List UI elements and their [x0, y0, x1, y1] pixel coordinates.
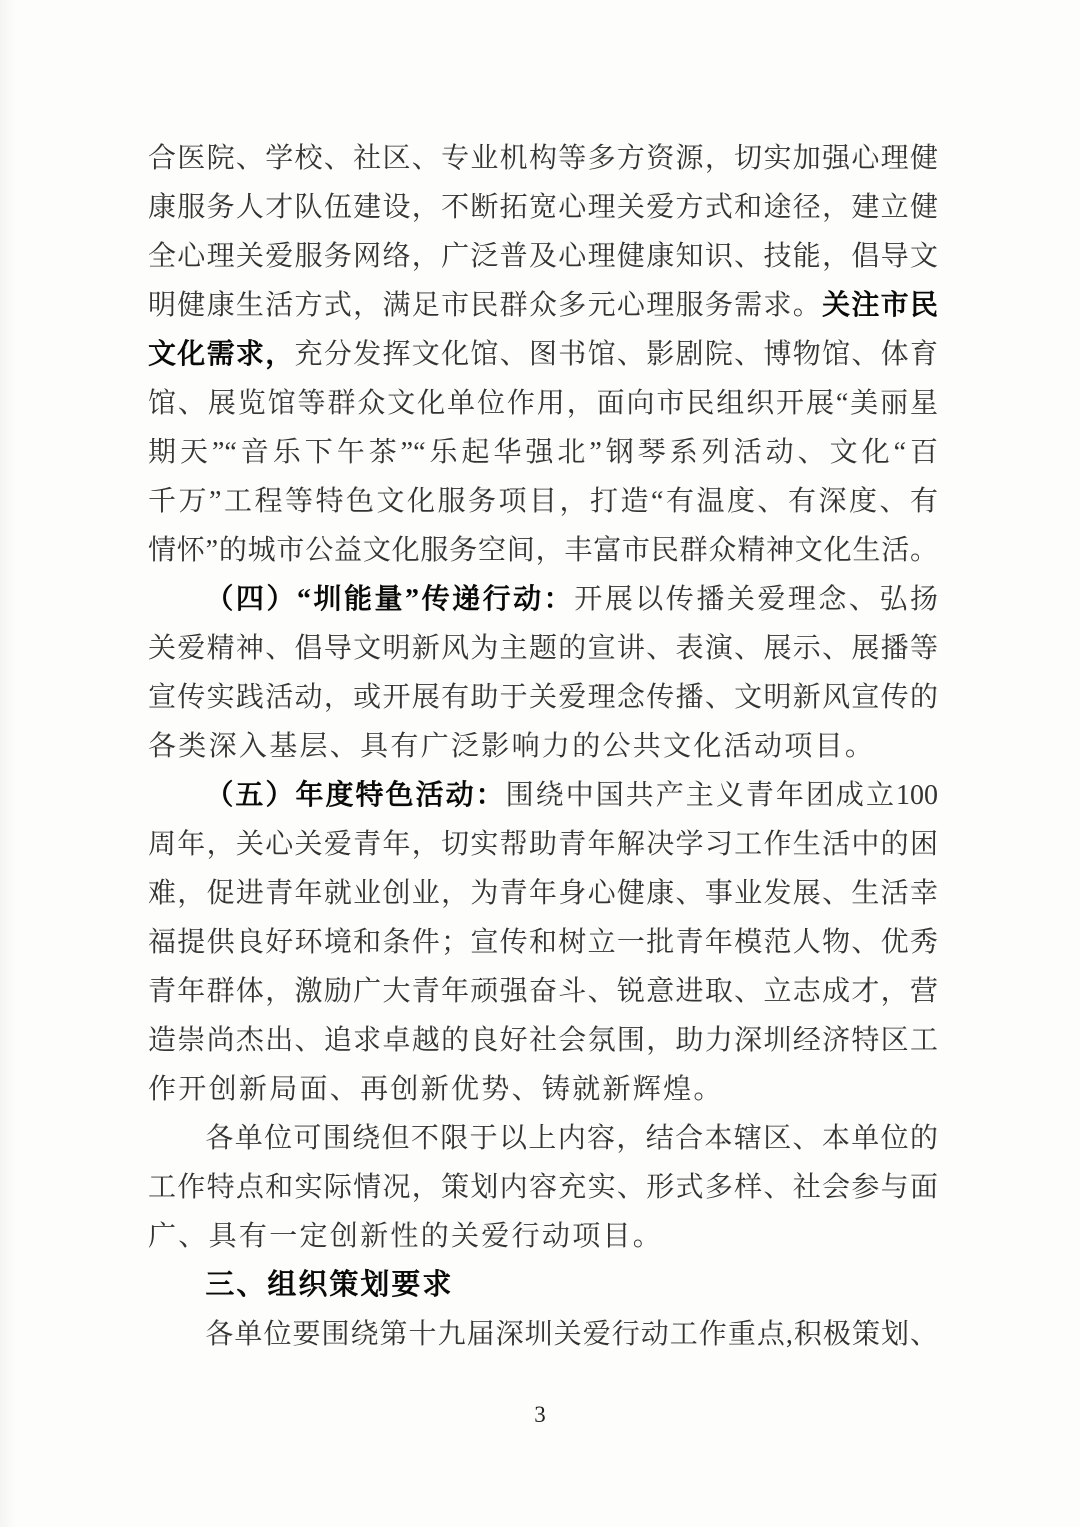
text-run: 全心理关爱服务网络，广泛普及心理健康知识、技能，倡导文 [148, 241, 938, 272]
text-line: 各类深入基层、具有广泛影响力的公共文化活动项目。 [148, 722, 938, 771]
text-line: 馆、展览馆等群众文化单位作用，面向市民组织开展“美丽星 [148, 379, 938, 428]
section-heading: 三、组织策划要求 [148, 1261, 938, 1310]
text-run: 合医院、学校、社区、专业机构等多方资源，切实加强心理健 [148, 143, 938, 174]
bold-text-run: （五）年度特色活动： [205, 780, 505, 811]
text-run: 周年，关心关爱青年，切实帮助青年解决学习工作生活中的困 [148, 829, 938, 860]
bold-text-run: （四）“圳能量”传递行动： [205, 584, 574, 615]
document-body: 合医院、学校、社区、专业机构等多方资源，切实加强心理健康服务人才队伍建设，不断拓… [148, 134, 938, 1359]
text-line: 周年，关心关爱青年，切实帮助青年解决学习工作生活中的困 [148, 820, 938, 869]
text-line: 福提供良好环境和条件；宣传和树立一批青年模范人物、优秀 [148, 918, 938, 967]
text-run: 围绕中国共产主义青年团成立100 [506, 780, 938, 811]
text-line: 各单位可围绕但不限于以上内容，结合本辖区、本单位的 [148, 1114, 938, 1163]
text-run: 各单位可围绕但不限于以上内容，结合本辖区、本单位的 [205, 1123, 938, 1154]
text-run: 期天”“音乐下午茶”“乐起华强北”钢琴系列活动、文化“百 [148, 437, 938, 468]
text-run: 开展以传播关爱理念、弘扬 [574, 584, 938, 615]
text-line: 康服务人才队伍建设，不断拓宽心理关爱方式和途径，建立健 [148, 183, 938, 232]
text-run: 各类深入基层、具有广泛影响力的公共文化活动项目。 [148, 731, 875, 762]
text-line: （四）“圳能量”传递行动：开展以传播关爱理念、弘扬 [148, 575, 938, 624]
page-number: 3 [0, 1402, 1080, 1428]
text-line: 情怀”的城市公益文化服务空间，丰富市民群众精神文化生活。 [148, 526, 938, 575]
text-run: 福提供良好环境和条件；宣传和树立一批青年模范人物、优秀 [148, 927, 938, 958]
text-run: 千万”工程等特色文化服务项目，打造“有温度、有深度、有 [148, 486, 938, 517]
bold-text-run: 文化需求， [148, 339, 295, 370]
text-line: 期天”“音乐下午茶”“乐起华强北”钢琴系列活动、文化“百 [148, 428, 938, 477]
text-run: 宣传实践活动，或开展有助于关爱理念传播、文明新风宣传的 [148, 682, 938, 713]
text-line: 造崇尚杰出、追求卓越的良好社会氛围，助力深圳经济特区工 [148, 1016, 938, 1065]
text-run: 作开创新局面、再创新优势、铸就新辉煌。 [148, 1074, 724, 1105]
text-line: 难，促进青年就业创业，为青年身心健康、事业发展、生活幸 [148, 869, 938, 918]
text-run: 明健康生活方式，满足市民群众多元心理服务需求。 [148, 290, 822, 321]
text-run: 充分发挥文化馆、图书馆、影剧院、博物馆、体育 [295, 339, 938, 370]
text-line: 青年群体，激励广大青年顽强奋斗、锐意进取、立志成才，营 [148, 967, 938, 1016]
text-line: 宣传实践活动，或开展有助于关爱理念传播、文明新风宣传的 [148, 673, 938, 722]
text-run: 情怀”的城市公益文化服务空间，丰富市民群众精神文化生活。 [148, 535, 938, 566]
text-run: 工作特点和实际情况，策划内容充实、形式多样、社会参与面 [148, 1172, 938, 1203]
text-line: 合医院、学校、社区、专业机构等多方资源，切实加强心理健 [148, 134, 938, 183]
text-line: 全心理关爱服务网络，广泛普及心理健康知识、技能，倡导文 [148, 232, 938, 281]
text-run: 造崇尚杰出、追求卓越的良好社会氛围，助力深圳经济特区工 [148, 1025, 938, 1056]
text-run: 康服务人才队伍建设，不断拓宽心理关爱方式和途径，建立健 [148, 192, 938, 223]
text-run: 广、具有一定创新性的关爱行动项目。 [148, 1221, 663, 1252]
bold-text-run: 关注市民 [822, 290, 938, 321]
text-line: 工作特点和实际情况，策划内容充实、形式多样、社会参与面 [148, 1163, 938, 1212]
text-run: 青年群体，激励广大青年顽强奋斗、锐意进取、立志成才，营 [148, 976, 938, 1007]
text-line: 作开创新局面、再创新优势、铸就新辉煌。 [148, 1065, 938, 1114]
text-line: 关爱精神、倡导文明新风为主题的宣讲、表演、展示、展播等 [148, 624, 938, 673]
text-line: 广、具有一定创新性的关爱行动项目。 [148, 1212, 938, 1261]
text-line: 千万”工程等特色文化服务项目，打造“有温度、有深度、有 [148, 477, 938, 526]
text-line: 文化需求，充分发挥文化馆、图书馆、影剧院、博物馆、体育 [148, 330, 938, 379]
text-line: （五）年度特色活动：围绕中国共产主义青年团成立100 [148, 771, 938, 820]
bold-text-run: 三、组织策划要求 [205, 1269, 453, 1301]
text-line: 各单位要围绕第十九届深圳关爱行动工作重点,积极策划、 [148, 1310, 938, 1359]
document-page: 合医院、学校、社区、专业机构等多方资源，切实加强心理健康服务人才队伍建设，不断拓… [0, 0, 1080, 1527]
text-run: 各单位要围绕第十九届深圳关爱行动工作重点,积极策划、 [205, 1319, 938, 1350]
text-run: 关爱精神、倡导文明新风为主题的宣讲、表演、展示、展播等 [148, 633, 938, 664]
text-run: 难，促进青年就业创业，为青年身心健康、事业发展、生活幸 [148, 878, 938, 909]
text-run: 馆、展览馆等群众文化单位作用，面向市民组织开展“美丽星 [148, 388, 938, 419]
text-line: 明健康生活方式，满足市民群众多元心理服务需求。关注市民 [148, 281, 938, 330]
